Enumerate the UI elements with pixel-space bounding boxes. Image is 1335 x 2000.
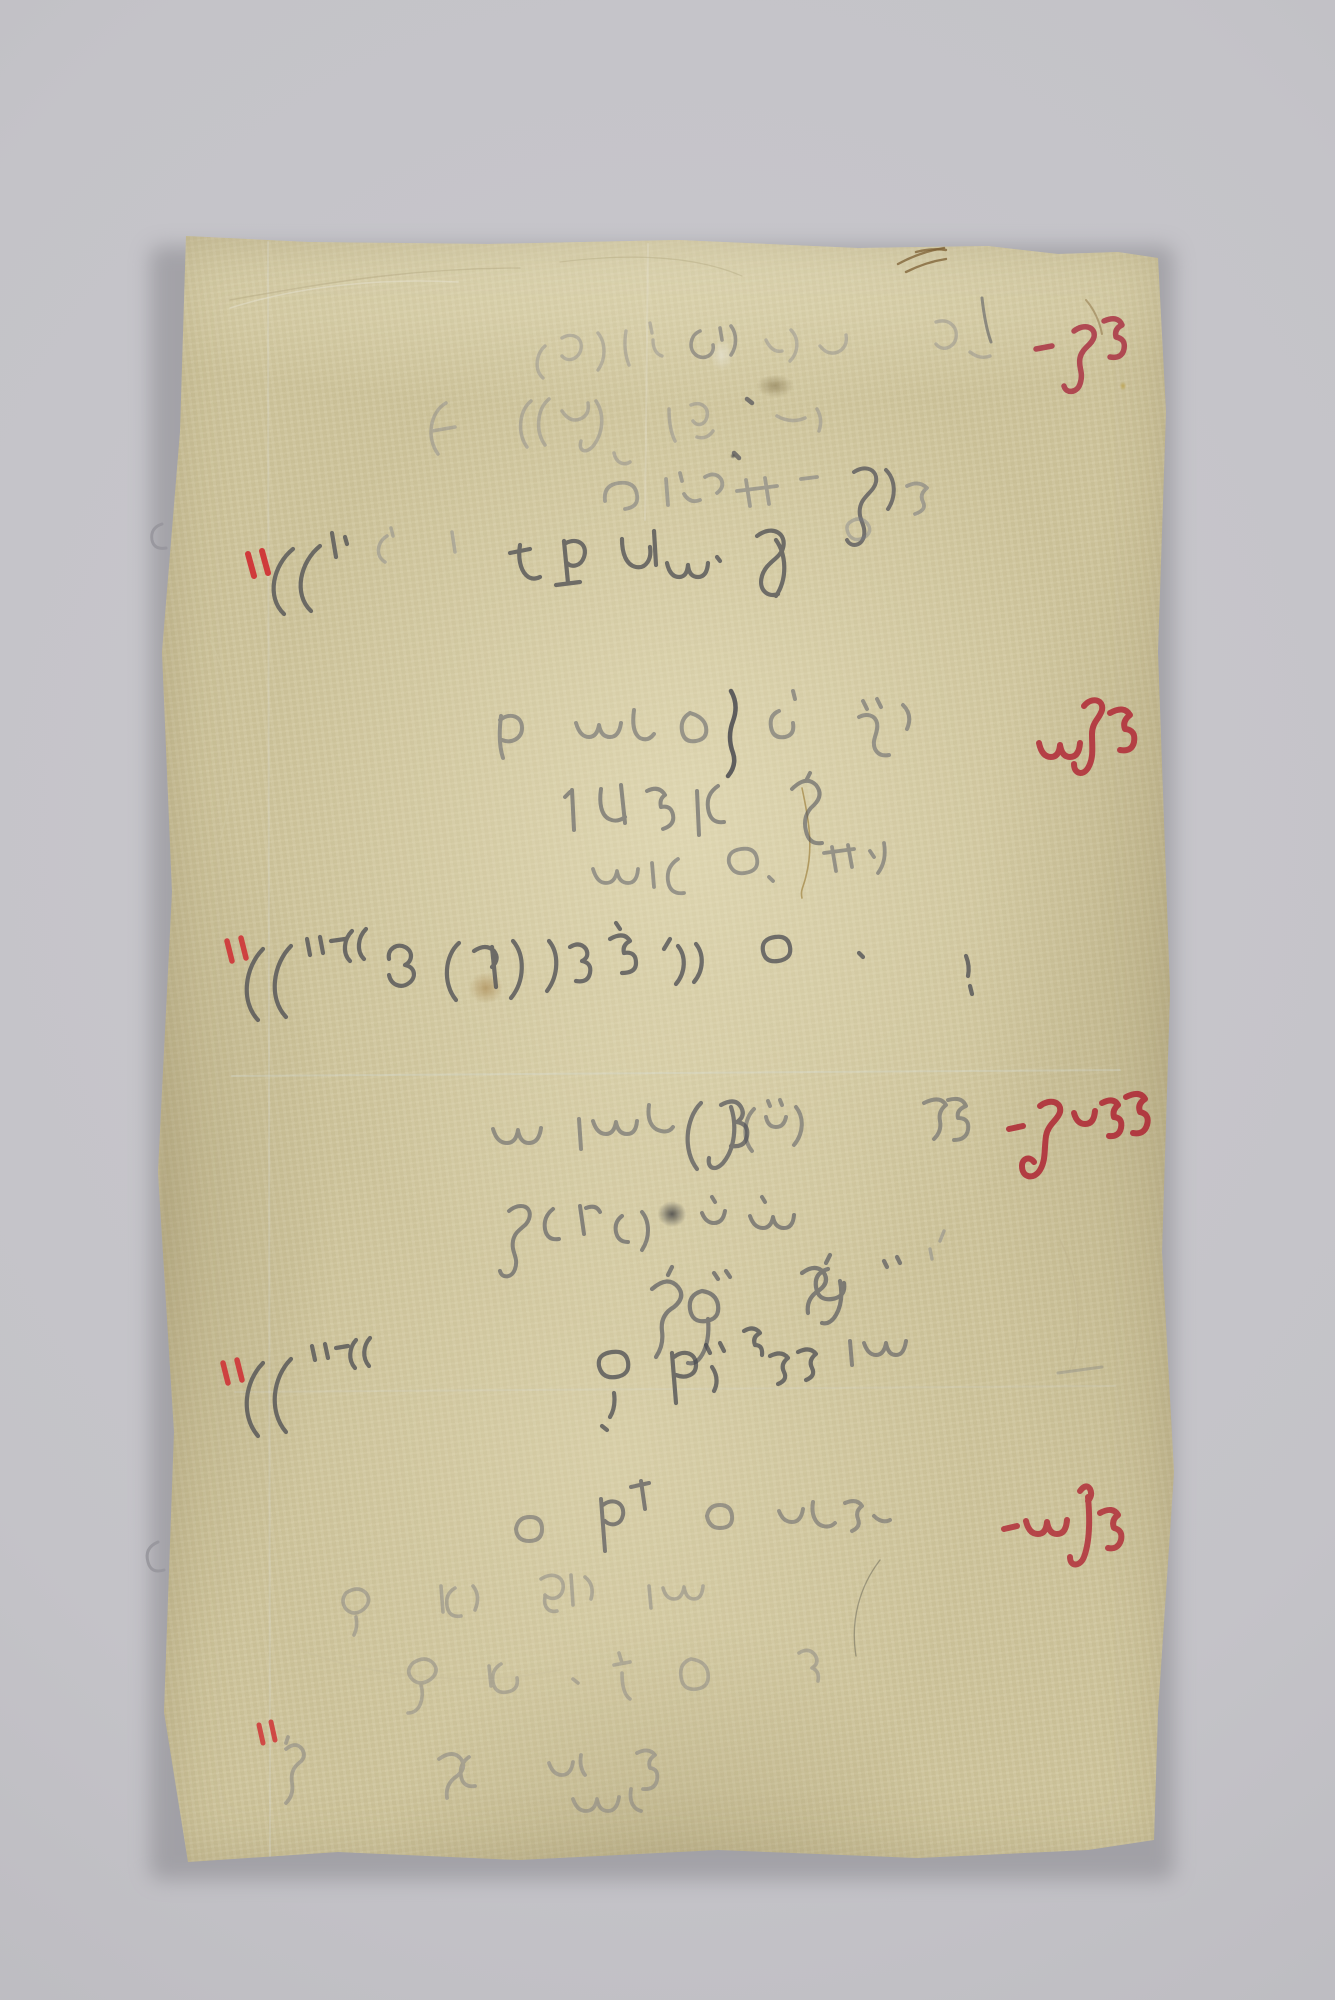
handwriting-line-12-path — [770, 1349, 816, 1384]
handwriting-line-08-path — [664, 939, 702, 984]
handwriting-line-13-dark-glyph — [601, 1481, 649, 1551]
handwriting-line-09-dark-glyph-path — [709, 1101, 748, 1168]
red-note-mid-right-2-path — [1102, 1100, 1121, 1136]
handwriting-line-04-path — [667, 557, 720, 577]
handwriting-line-12-path — [672, 1343, 724, 1403]
red-note-top-right-path — [1104, 319, 1124, 358]
handwriting-line-16-path — [637, 1750, 657, 1789]
handwriting-line-16 — [286, 1737, 657, 1811]
red-ditto-mark-1 — [248, 551, 268, 576]
paper-creases — [230, 242, 1120, 1856]
handwriting-line-12 — [247, 1328, 816, 1436]
red-note-mid-right-1-path — [1110, 709, 1134, 750]
handwriting-line-05-tall-stroke-path — [728, 691, 736, 776]
handwriting-line-09-path — [745, 1100, 801, 1151]
handwriting-line-02-path — [614, 453, 630, 464]
handwriting-line-02-path — [431, 403, 455, 454]
handwriting-line-04 — [274, 531, 785, 614]
crease-vertical-top-path — [645, 244, 648, 520]
handwriting-line-08-path — [859, 953, 863, 957]
fiber-hair-mid-path — [801, 788, 809, 898]
red-note-bottom-right-path — [1004, 1526, 1017, 1529]
handwriting-line-09-path — [493, 1128, 541, 1143]
handwriting-line-13-path — [779, 1501, 862, 1531]
handwriting-line-01-path — [625, 331, 629, 365]
handwriting-line-06-path — [697, 786, 724, 835]
handwriting-line-01-dark-cluster — [691, 326, 735, 357]
handwriting-line-14-path — [649, 1586, 703, 1608]
handwriting-line-10-path — [545, 1209, 559, 1239]
handwriting-line-13 — [516, 1501, 890, 1541]
fiber-bottom-path — [300, 1650, 560, 1679]
handwriting-line-03-path — [666, 473, 722, 505]
edge-thread-bottom — [147, 1542, 164, 1571]
handwriting-line-12-right-path — [850, 1341, 906, 1365]
red-note-mid-right-1-path — [1039, 743, 1080, 757]
handwriting-line-01-path — [598, 333, 604, 370]
handwriting-line-13-path — [874, 1516, 890, 1521]
handwriting-line-01-path — [650, 323, 662, 356]
handwriting-line-12-path — [744, 1328, 762, 1355]
red-note-mid-right-2-path — [1126, 1094, 1148, 1133]
handwriting-line-13-dark-glyph-path — [601, 1481, 649, 1551]
red-ditto-mark-1-path — [262, 551, 268, 573]
handwriting-line-08-path — [511, 941, 522, 998]
red-ditto-mark-4-path — [259, 1725, 263, 1743]
crease-horizontal-mid-path — [232, 1070, 1120, 1076]
handwriting-line-11 — [652, 1255, 900, 1363]
handwriting-line-14 — [343, 1575, 703, 1635]
handwriting-line-16-path — [286, 1737, 304, 1803]
handwriting-line-08-path — [307, 929, 366, 961]
handwriting-line-10 — [500, 1197, 794, 1276]
handwriting-line-05-path — [682, 713, 707, 741]
crease-horizontal-mid — [232, 1070, 1120, 1076]
handwriting-line-01-path — [936, 321, 956, 348]
red-note-mid-right-2-path — [1009, 1126, 1023, 1129]
handwriting-line-02-path — [521, 399, 549, 447]
handwriting-line-01-path — [820, 335, 846, 353]
crease-vertical-top — [645, 244, 648, 520]
red-ditto-mark-2 — [227, 938, 246, 961]
handwriting-line-15-path — [573, 1679, 578, 1683]
handwriting-line-14-path — [441, 1586, 478, 1616]
handwriting-line-05-path — [576, 710, 654, 739]
handwriting-line-11-faint-bits-path — [930, 1231, 944, 1259]
handwriting-line-03-path — [605, 483, 637, 509]
handwriting-line-05-path — [771, 691, 795, 737]
handwriting-line-08-path — [447, 943, 459, 1000]
handwriting-line-08-path — [474, 947, 497, 987]
handwriting-line-07-path — [824, 843, 885, 873]
fiber-dark-hair-bottom-path — [854, 1560, 880, 1656]
handwriting-line-04-path — [556, 541, 585, 585]
handwriting-line-06-path — [565, 790, 574, 830]
handwriting-line-01-path — [766, 330, 797, 361]
handwriting-line-09-path — [924, 1099, 968, 1140]
handwriting-line-07-path — [593, 859, 684, 893]
handwriting-line-16-path — [573, 1789, 641, 1811]
handwriting-line-10-path — [580, 1206, 600, 1234]
handwriting-line-08 — [247, 923, 972, 1020]
crease-vertical-left-path — [268, 242, 270, 1856]
handwriting-line-02-path — [562, 403, 588, 420]
handwriting-line-15-path — [681, 1659, 709, 1689]
handwriting-line-04-path — [622, 531, 656, 567]
handwriting-line-08-path — [547, 941, 590, 991]
photograph — [0, 0, 1335, 2000]
red-note-top-right-path — [1064, 327, 1094, 392]
handwriting-line-10-path — [702, 1197, 725, 1223]
handwriting-line-06-path — [792, 773, 822, 843]
edge-thread-bottom-path — [147, 1542, 164, 1571]
handwriting-line-08-path — [966, 956, 972, 994]
handwriting-line-01-path — [537, 346, 545, 378]
fiber-hair-mid — [801, 788, 809, 898]
handwriting-line-02-path — [777, 409, 821, 431]
red-note-mid-right-2-path — [1074, 1111, 1095, 1124]
handwriting-line-04-faint-bits-path — [378, 528, 393, 562]
handwriting-line-05-path — [859, 699, 909, 755]
handwriting-line-10-path — [750, 1197, 794, 1228]
handwriting-line-10-path — [616, 1212, 648, 1250]
handwriting-line-04-path — [510, 545, 540, 579]
fiber-dark-hair-bottom — [854, 1560, 880, 1656]
red-note-bottom-right-path — [1070, 1486, 1091, 1564]
red-ditto-mark-1-path — [248, 554, 254, 576]
fiber-tuft-top-path — [906, 259, 946, 272]
handwriting-line-08-path — [763, 937, 791, 962]
handwriting-line-06-path — [600, 785, 625, 823]
handwriting-line-08-path — [275, 946, 291, 1017]
handwriting-line-08-path — [247, 949, 263, 1020]
red-note-bottom-right-path — [1026, 1520, 1067, 1534]
red-note-mid-right-2-path — [1022, 1102, 1060, 1177]
handwriting-line-16-path — [549, 1755, 585, 1775]
handwriting-line-01-path — [562, 335, 581, 359]
fiber-tuft-top — [898, 248, 946, 272]
red-note-bottom-right — [1004, 1486, 1121, 1564]
red-ditto-mark-4-path — [271, 1722, 275, 1740]
handwriting-line-06-path — [647, 789, 673, 829]
handwriting-line-03 — [605, 473, 927, 514]
handwriting-line-10-path — [500, 1206, 530, 1276]
handwriting-line-13-path — [516, 1517, 542, 1541]
ink-overlay — [0, 0, 1335, 2000]
faint-dash-right — [1058, 1367, 1102, 1373]
handwriting-line-02-path — [691, 404, 713, 438]
handwriting-line-15 — [408, 1650, 818, 1713]
handwriting-line-09-dark-glyph — [688, 1101, 748, 1169]
handwriting-line-02-path — [669, 409, 675, 441]
handwriting-line-12-path — [312, 1338, 370, 1368]
handwriting-line-02-dots-path — [734, 453, 739, 458]
handwriting-line-12-path — [599, 1352, 628, 1417]
handwriting-line-04-path — [274, 549, 293, 614]
pen-slash-right — [982, 298, 991, 342]
fiber-right-lower-path — [1060, 1240, 1078, 1370]
fiber-right-lower — [1060, 1240, 1078, 1370]
handwriting-line-08-path — [389, 946, 414, 986]
handwriting-line-08-path — [610, 923, 636, 973]
crease-vertical-left — [268, 242, 270, 1856]
handwriting-line-01 — [537, 321, 990, 378]
handwriting-line-11-faint-bits — [930, 1231, 944, 1259]
handwriting-line-02-path — [580, 401, 601, 451]
red-note-top-right-path — [1036, 346, 1052, 349]
red-note-mid-right-1 — [1039, 700, 1134, 773]
handwriting-line-12-path — [247, 1363, 263, 1436]
handwriting-line-14-path — [343, 1589, 369, 1635]
pen-slash-right-path — [982, 298, 991, 342]
red-ditto-mark-2-path — [227, 941, 232, 961]
red-ditto-mark-3-path — [223, 1363, 228, 1383]
red-ditto-mark-3 — [223, 1360, 242, 1383]
handwriting-line-01-path — [970, 352, 990, 357]
handwriting-line-11-path — [688, 1291, 718, 1363]
handwriting-line-14-path — [541, 1575, 592, 1611]
handwriting-line-02-dots-path — [747, 399, 752, 403]
handwriting-line-12-path — [275, 1359, 291, 1432]
red-annotations-layer — [223, 319, 1148, 1743]
handwriting-line-07-path — [729, 849, 773, 881]
red-note-top-right — [1036, 319, 1124, 392]
fiber-bottom — [300, 1650, 560, 1679]
red-ditto-mark-4 — [259, 1722, 275, 1743]
handwriting-line-09-dark-glyph-path — [688, 1103, 701, 1169]
handwriting-line-03-path — [907, 483, 927, 514]
handwriting-line-11-path — [884, 1257, 900, 1267]
handwriting-line-15-path — [799, 1650, 818, 1681]
faint-dash-right-path — [1058, 1367, 1102, 1373]
handwriting-line-05 — [500, 691, 910, 758]
handwriting-line-07 — [593, 843, 885, 893]
handwriting-line-05-tall-stroke — [728, 691, 736, 776]
red-note-mid-right-2 — [1009, 1094, 1148, 1176]
handwriting-line-15-path — [408, 1659, 436, 1713]
handwriting-line-04-faint-bits-path — [452, 532, 455, 552]
red-note-bottom-right-path — [1100, 1510, 1121, 1548]
fiber-left-mid-path — [210, 640, 233, 840]
handwriting-line-02 — [431, 399, 821, 464]
handwriting-line-03-path — [737, 478, 777, 506]
handwriting-line-03-path — [801, 477, 817, 479]
wrinkle-top-left-path — [230, 268, 520, 300]
handwriting-line-06 — [565, 773, 822, 843]
wrinkle-top-mid-path — [560, 257, 742, 276]
handwriting-line-02-dots — [734, 399, 752, 458]
handwriting-line-09-path — [579, 1105, 673, 1149]
handwriting-line-12-path — [602, 1426, 607, 1430]
wrinkle-top-left — [230, 268, 520, 300]
edge-thread-top — [152, 524, 166, 548]
handwriting-layer — [247, 298, 1102, 1811]
handwriting-line-16-path — [439, 1754, 475, 1798]
handwriting-line-11-path — [802, 1255, 844, 1323]
handwriting-line-05-path — [500, 716, 522, 758]
handwriting-line-12-right — [850, 1341, 906, 1365]
handwriting-line-04-path — [757, 531, 784, 596]
wrinkle-top-mid — [560, 257, 742, 276]
handwriting-line-13-path — [707, 1505, 732, 1528]
handwriting-line-11-path — [652, 1267, 681, 1357]
handwriting-line-15-path — [614, 1653, 630, 1699]
handwriting-line-04-path — [332, 533, 347, 557]
handwriting-line-01-dark-cluster-path — [691, 326, 735, 357]
handwriting-line-04-path — [301, 546, 320, 611]
red-ditto-mark-3-path — [237, 1360, 242, 1380]
handwriting-line-11-path — [714, 1271, 730, 1279]
fiber-left-mid — [210, 640, 233, 840]
edge-thread-top-path — [152, 524, 166, 548]
red-note-mid-right-1-path — [1074, 700, 1102, 773]
red-ditto-mark-2-path — [241, 938, 246, 958]
handwriting-line-04-faint-bits-path — [847, 519, 870, 540]
